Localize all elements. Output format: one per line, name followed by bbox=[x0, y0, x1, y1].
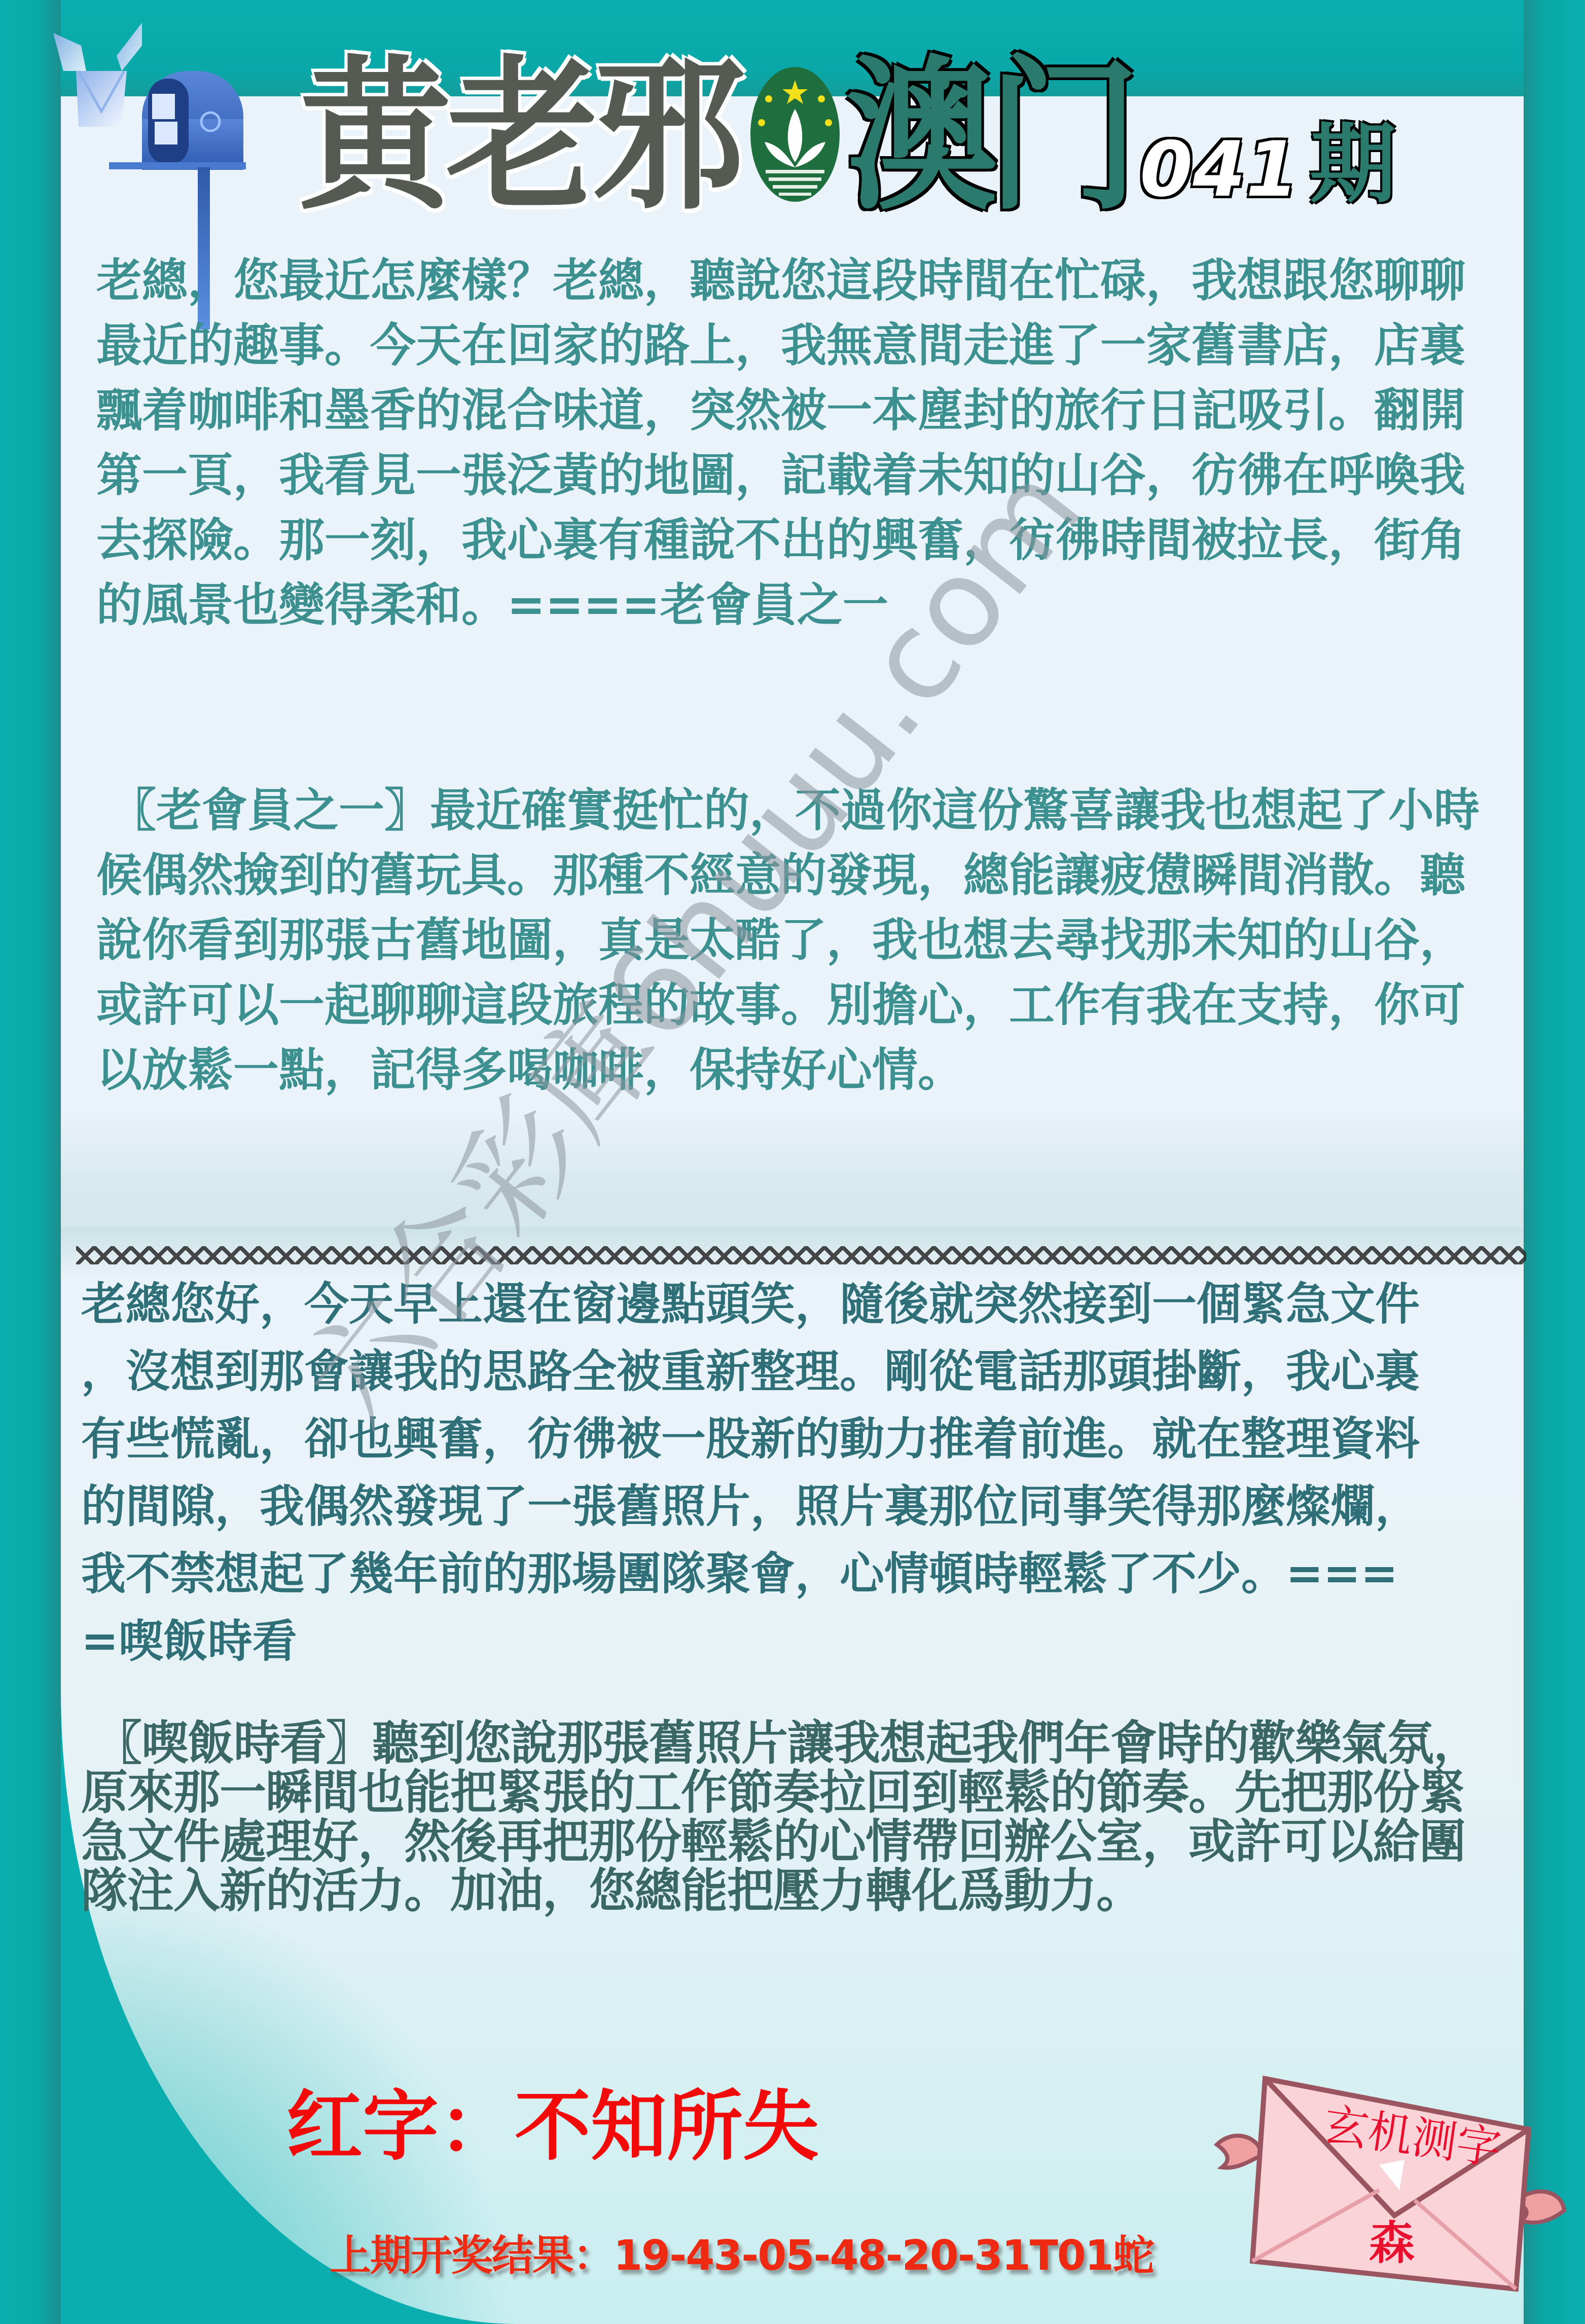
post-line: 原來那一瞬間也能把緊張的工作節奏拉回到輕鬆的節奏。先把那份緊 bbox=[81, 1768, 1491, 1817]
red-word-label: 红字： bbox=[286, 2083, 515, 2171]
title-city: 澳门 bbox=[846, 55, 1130, 219]
post-line: 隊注入新的活力。加油，您總能把壓力轉化爲動力。 bbox=[81, 1866, 1491, 1915]
post-line: 我不禁想起了幾年前的那場團隊聚會，心情頓時輕鬆了不少。=== bbox=[81, 1540, 1430, 1607]
post-line: 有些慌亂，卻也興奮，彷彿被一股新的動力推着前進。就在整理資料 bbox=[81, 1405, 1430, 1472]
post-line: 急文件處理好，然後再把那份輕鬆的心情帶回辦公室，或許可以給團 bbox=[81, 1817, 1491, 1866]
post-line: 的風景也變得柔和。====老會員之一 bbox=[96, 573, 1496, 638]
post-line: 飄着咖啡和墨香的混合味道，突然被一本塵封的旅行日記吸引。翻開 bbox=[96, 378, 1496, 443]
post-line: 或許可以一起聊聊這段旅程的故事。別擔心，工作有我在支持，你可 bbox=[96, 973, 1496, 1038]
macau-emblem-icon bbox=[749, 66, 841, 203]
issue-badge: 041 期 bbox=[1140, 122, 1396, 208]
post-4-reply: 〖喫飯時看〗聽到您說那張舊照片讓我想起我們年會時的歡樂氣氛， 原來那一瞬間也能把… bbox=[81, 1719, 1491, 1915]
post-line: 的間隙，我偶然發現了一張舊照片，照片裏那位同事笑得那麼燦爛， bbox=[81, 1472, 1430, 1540]
envelope-char: 森 bbox=[1369, 2217, 1415, 2270]
post-line: 老總，您最近怎麼樣？老總，聽說您這段時間在忙碌，我想跟您聊聊 bbox=[96, 248, 1496, 313]
winged-envelope-icon: 玄机测字 森 bbox=[1212, 2058, 1567, 2297]
post-2-reply: 〖老會員之一〗最近確實挺忙的，不過你這份驚喜讓我也想起了小時 候偶然撿到的舊玩具… bbox=[96, 778, 1496, 1103]
issue-number: 041 bbox=[1140, 132, 1299, 208]
post-line: ，沒想到那會讓我的思路全被重新整理。剛從電話那頭掛斷，我心裏 bbox=[81, 1337, 1430, 1405]
paper-shadow-band bbox=[61, 1110, 1524, 1227]
title-main: 黄老邪 bbox=[299, 55, 740, 219]
issue-unit: 期 bbox=[1310, 122, 1396, 208]
frame-left bbox=[0, 0, 61, 2324]
post-line: 說你看到那張古舊地圖，真是太酷了，我也想去尋找那未知的山谷， bbox=[96, 908, 1496, 973]
frame-right bbox=[1524, 0, 1585, 2324]
red-word: 红字：不知所失 bbox=[286, 2084, 819, 2170]
last-result: 上期开奖结果：19-43-05-48-20-31T01蛇 bbox=[330, 2231, 1154, 2281]
last-result-value: 19-43-05-48-20-31T01蛇 bbox=[614, 2232, 1154, 2280]
post-line: 〖喫飯時看〗聽到您說那張舊照片讓我想起我們年會時的歡樂氣氛， bbox=[81, 1719, 1491, 1768]
page-title: 黄老邪 澳门 041 期 bbox=[299, 20, 1396, 213]
post-line: 候偶然撿到的舊玩具。那種不經意的發現，總能讓疲憊瞬間消散。聽 bbox=[96, 843, 1496, 908]
post-1: 老總，您最近怎麼樣？老總，聽說您這段時間在忙碌，我想跟您聊聊 最近的趣事。今天在… bbox=[96, 248, 1496, 638]
post-line: 最近的趣事。今天在回家的路上，我無意間走進了一家舊書店，店裏 bbox=[96, 313, 1496, 378]
post-line: 去探險。那一刻，我心裏有種說不出的興奮，彷彿時間被拉長，街角 bbox=[96, 508, 1496, 573]
post-line: 〖老會員之一〗最近確實挺忙的，不過你這份驚喜讓我也想起了小時 bbox=[96, 778, 1496, 843]
red-word-value: 不知所失 bbox=[515, 2083, 819, 2171]
last-result-label: 上期开奖结果： bbox=[330, 2232, 614, 2280]
post-line: =喫飯時看 bbox=[81, 1607, 1430, 1675]
cross-stitch-divider bbox=[76, 1246, 1526, 1264]
post-line: 以放鬆一點，記得多喝咖啡，保持好心情。 bbox=[96, 1038, 1496, 1103]
flying-mail-mailbox-icon bbox=[51, 10, 264, 177]
post-line: 老總您好，今天早上還在窗邊點頭笑，隨後就突然接到一個緊急文件 bbox=[81, 1270, 1430, 1337]
post-3: 老總您好，今天早上還在窗邊點頭笑，隨後就突然接到一個緊急文件 ，沒想到那會讓我的… bbox=[81, 1270, 1430, 1675]
post-line: 第一頁，我看見一張泛黃的地圖，記載着未知的山谷，彷彿在呼喚我 bbox=[96, 443, 1496, 508]
